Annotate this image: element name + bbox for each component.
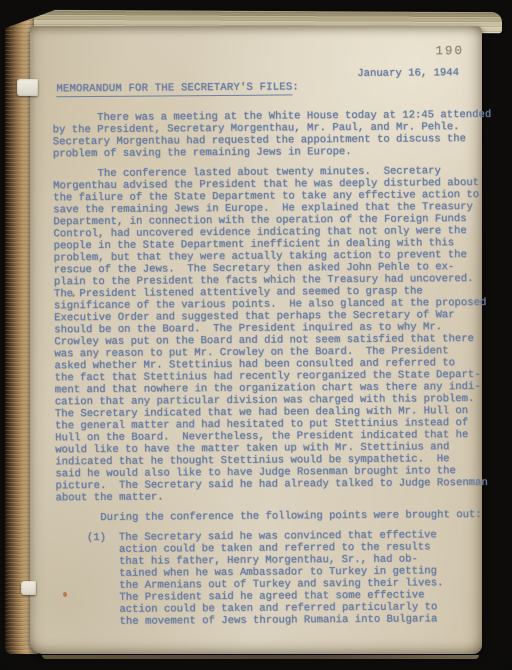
- photographed-document: 190 January 16, 1944 MEMORANDUM FOR THE …: [0, 0, 512, 670]
- document-page: 190 January 16, 1944 MEMORANDUM FOR THE …: [30, 26, 482, 654]
- memo-list-item: (1) The Secretary said he was convinced …: [56, 528, 481, 627]
- memo-body: There was a meeting at the White House t…: [53, 108, 481, 627]
- memo-heading-colon: :: [292, 81, 298, 93]
- document-date: January 16, 1944: [357, 67, 476, 80]
- memo-heading: MEMORANDUM FOR THE SECRETARY'S FILES:: [56, 80, 476, 97]
- memo-paragraph: During the conference the following poin…: [56, 508, 480, 523]
- list-item-text: The Secretary said he was convinced that…: [119, 529, 444, 628]
- memo-paragraph: There was a meeting at the White House t…: [53, 108, 477, 159]
- list-item-number: (1): [87, 531, 119, 543]
- memo-heading-text: MEMORANDUM FOR THE SECRETARY'S FILES: [56, 81, 292, 96]
- memo-paragraph: The conference lasted about twenty minut…: [53, 164, 480, 503]
- index-tab: [17, 79, 38, 96]
- index-tab: [21, 581, 36, 595]
- typewritten-content: 190 January 16, 1944 MEMORANDUM FOR THE …: [52, 43, 481, 654]
- page-number: 190: [435, 45, 464, 57]
